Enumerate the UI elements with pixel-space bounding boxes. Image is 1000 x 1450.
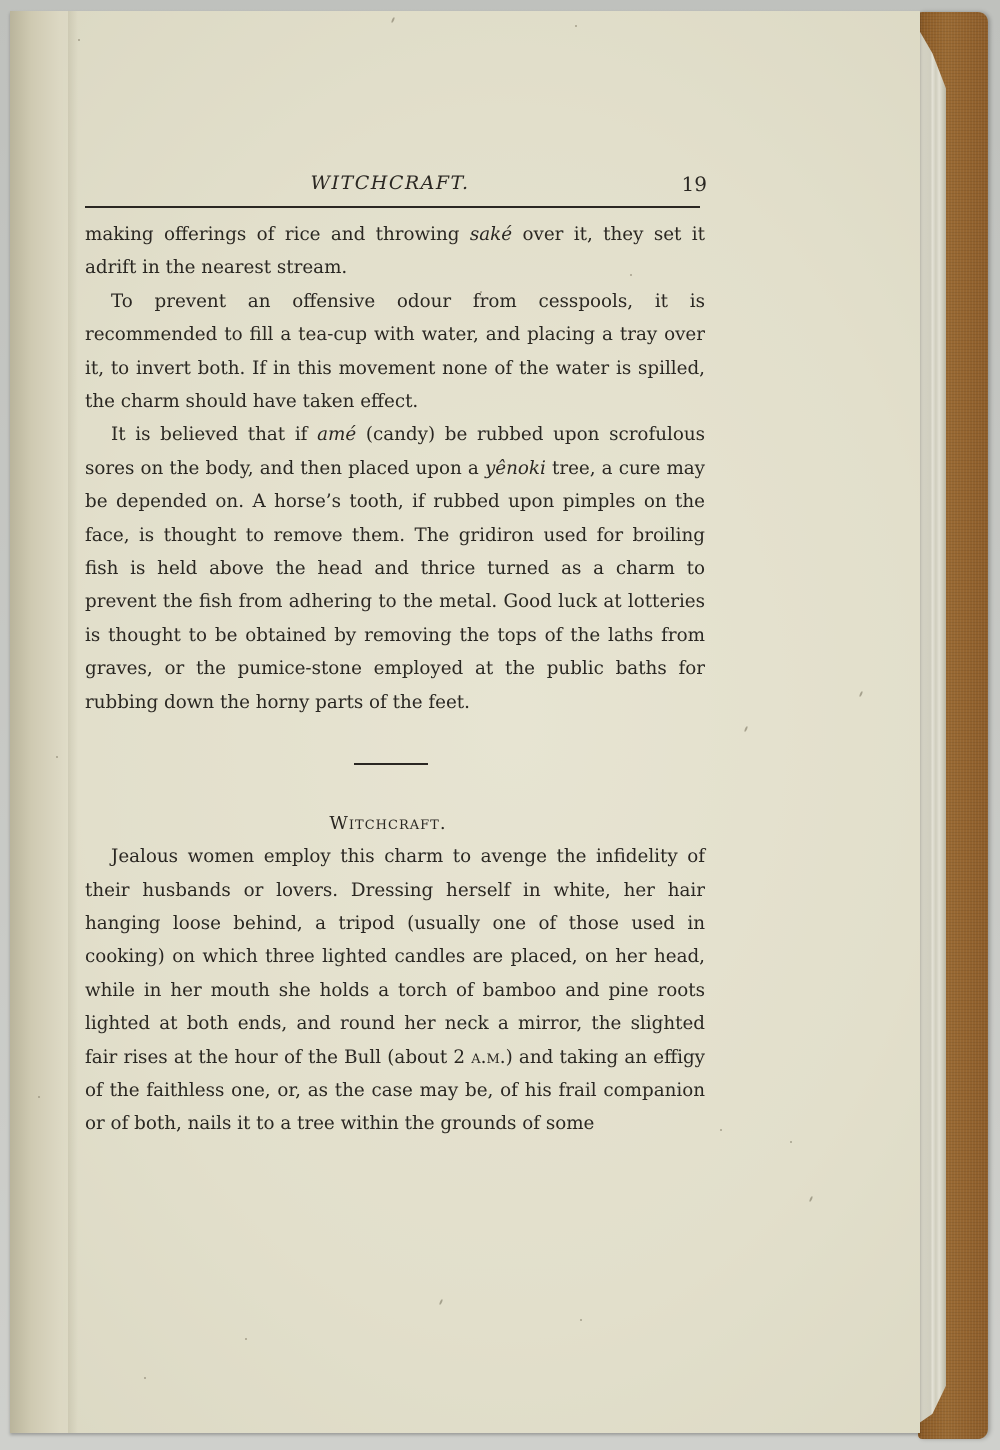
paper-speck — [720, 1129, 722, 1131]
paper-speck — [56, 756, 58, 758]
paragraph-remedies: It is believed that if amé (candy) be ru… — [85, 418, 705, 719]
running-head: WITCHCRAFT. 19 — [85, 160, 705, 204]
text-segment: tree, a cure may be depended on. A horse… — [85, 458, 705, 713]
paper-speck — [790, 1141, 792, 1143]
paper-speck — [38, 1096, 40, 1098]
paper-speck — [580, 1319, 582, 1321]
header-rule — [85, 206, 700, 208]
italic-term-sake: saké — [470, 224, 512, 245]
paper-speck — [859, 691, 863, 697]
text-segment: To prevent an offensive odour from cessp… — [85, 291, 705, 412]
paper-speck — [391, 17, 395, 23]
paragraph-cesspools: To prevent an offensive odour from cessp… — [85, 285, 705, 419]
section-heading: Witchcraft. — [85, 813, 705, 834]
paper-speck — [575, 25, 577, 27]
paragraph-witchcraft: Jealous women employ this charm to aveng… — [85, 840, 705, 1141]
page-gutter-shadow — [10, 11, 72, 1433]
paragraph-continuation: making offerings of rice and throwing sa… — [85, 218, 705, 285]
paper-speck — [78, 39, 80, 41]
text-segment: Jealous women employ this charm to aveng… — [85, 846, 705, 1067]
book-photo: WITCHCRAFT. 19 making offerings of rice … — [0, 0, 1000, 1450]
italic-term-yenoki: yênoki — [485, 458, 546, 479]
paper-speck — [744, 726, 748, 732]
section-divider — [354, 763, 428, 765]
text-segment: making offerings of rice and throwing — [85, 224, 470, 245]
paper-speck — [809, 1196, 813, 1202]
page-fold — [68, 11, 78, 1433]
text-segment: It is believed that if — [111, 424, 317, 445]
text-block: WITCHCRAFT. 19 making offerings of rice … — [85, 160, 705, 1141]
paper-speck — [245, 1338, 247, 1340]
paper-speck — [439, 1299, 443, 1305]
page-number: 19 — [682, 172, 707, 196]
paper-speck — [144, 1377, 146, 1379]
time-abbreviation: a.m. — [471, 1047, 505, 1068]
italic-term-ame: amé — [317, 424, 356, 445]
running-head-title: WITCHCRAFT. — [85, 172, 705, 194]
